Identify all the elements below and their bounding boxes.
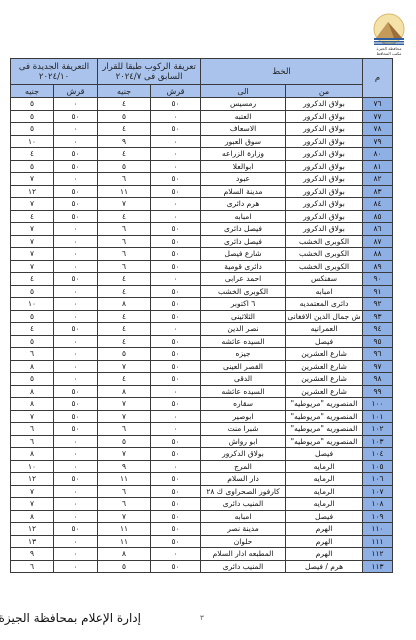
new-piaster-cell: ٠ <box>54 285 98 298</box>
new-piaster-cell: ٠ <box>54 560 98 573</box>
new-piaster-cell: ٠ <box>54 485 98 498</box>
new-pound-cell: ٨ <box>11 398 54 411</box>
row-number: ١١٠ <box>363 523 393 536</box>
old-pound-cell: ٤ <box>98 310 151 323</box>
table-row: ١٠٥الرمايهالمرج٠٩٠١٠ <box>11 460 393 473</box>
old-pound-cell: ٨ <box>98 548 151 561</box>
from-cell: الكوبرى الخشب <box>286 260 363 273</box>
to-cell: فيصل دائرى <box>201 223 286 236</box>
table-row: ١٠٣المنصوريه "مريوطيه"ابو رواش٥٠٥٠٦ <box>11 435 393 448</box>
row-number: ١٠٨ <box>363 498 393 511</box>
new-pound-cell: ١٣ <box>11 535 54 548</box>
new-pound-cell: ٦ <box>11 435 54 448</box>
row-number: ٨٦ <box>363 223 393 236</box>
row-number: ١٠٦ <box>363 473 393 486</box>
old-pound-cell: ٤ <box>98 373 151 386</box>
new-pound-cell: ١٢ <box>11 185 54 198</box>
row-number: ٩٣ <box>363 310 393 323</box>
row-number: ٨٤ <box>363 198 393 211</box>
from-cell: دائرى المعتمديه <box>286 298 363 311</box>
from-cell: المنصوريه "مريوطيه" <box>286 423 363 436</box>
old-piaster-cell: ٥٠ <box>151 360 201 373</box>
to-cell: الكوبرى الخشب <box>201 285 286 298</box>
new-piaster-cell: ٥٠ <box>54 523 98 536</box>
new-piaster-cell: ٥٠ <box>54 210 98 223</box>
old-piaster-cell: ٠ <box>151 273 201 286</box>
old-pound-cell: ١١ <box>98 185 151 198</box>
col-header-new-piaster: قرش <box>54 85 98 98</box>
old-pound-cell: ٥ <box>98 160 151 173</box>
table-row: ٧٦بولاق الدكروررمسيس٥٠٤٠٥ <box>11 98 393 111</box>
new-piaster-cell: ٠ <box>54 135 98 148</box>
new-piaster-cell: ٥٠ <box>54 398 98 411</box>
from-cell: بولاق الدكرور <box>286 185 363 198</box>
from-cell: شارع العشرين <box>286 348 363 361</box>
svg-text:مكتب المحافظ: مكتب المحافظ <box>377 51 402 56</box>
new-pound-cell: ٧ <box>11 173 54 186</box>
fare-table-body: ٧٦بولاق الدكروررمسيس٥٠٤٠٥٧٧بولاق الدكرور… <box>11 98 393 573</box>
old-pound-cell: ٧ <box>98 510 151 523</box>
table-row: ١٠٠المنصوريه "مريوطيه"سقاره٥٠٧٥٠٨ <box>11 398 393 411</box>
new-piaster-cell: ٠ <box>54 98 98 111</box>
new-pound-cell: ٥ <box>11 98 54 111</box>
old-piaster-cell: ٥٠ <box>151 248 201 261</box>
table-row: ٧٨بولاق الدكرورالاسعاف٥٠٤٠٥ <box>11 123 393 136</box>
from-cell: بولاق الدكرور <box>286 98 363 111</box>
from-cell: شارع العشرين <box>286 385 363 398</box>
row-number: ١٠٤ <box>363 448 393 461</box>
new-piaster-cell: ٥٠ <box>54 160 98 173</box>
old-piaster-cell: ٠ <box>151 460 201 473</box>
row-number: ٨٩ <box>363 260 393 273</box>
from-cell: الكوبرى الخشب <box>286 235 363 248</box>
old-pound-cell: ٦ <box>98 235 151 248</box>
new-piaster-cell: ٥٠ <box>54 473 98 486</box>
new-pound-cell: ١٢ <box>11 473 54 486</box>
new-pound-cell: ١٠ <box>11 298 54 311</box>
new-pound-cell: ٧ <box>11 410 54 423</box>
col-header-old-pound: جنيه <box>98 85 151 98</box>
to-cell: المرج <box>201 460 286 473</box>
from-cell: الرمايه <box>286 473 363 486</box>
old-pound-cell: ٧ <box>98 398 151 411</box>
new-piaster-cell: ٠ <box>54 298 98 311</box>
from-cell: هرم / فيصل <box>286 560 363 573</box>
new-piaster-cell: ٠ <box>54 535 98 548</box>
from-cell: سفنكس <box>286 273 363 286</box>
table-row: ١١١الهرمحلوان٥٠١١٠١٣ <box>11 535 393 548</box>
to-cell: امبابه <box>201 210 286 223</box>
row-number: ٨٢ <box>363 173 393 186</box>
row-number: ١١٣ <box>363 560 393 573</box>
row-number: ٧٧ <box>363 110 393 123</box>
to-cell: احمد عرابى <box>201 273 286 286</box>
old-pound-cell: ٥ <box>98 560 151 573</box>
old-piaster-cell: ٥٠ <box>151 235 201 248</box>
row-number: ١٠٥ <box>363 460 393 473</box>
from-cell: المنصوريه "مريوطيه" <box>286 398 363 411</box>
new-piaster-cell: ٠ <box>54 510 98 523</box>
table-row: ٨١بولاق الدكرورابوالعلا٠٥٥٠٥ <box>11 160 393 173</box>
row-number: ١٠٧ <box>363 485 393 498</box>
new-pound-cell: ٦ <box>11 423 54 436</box>
new-piaster-cell: ٠ <box>54 360 98 373</box>
new-pound-cell: ٧ <box>11 248 54 261</box>
from-cell: بولاق الدكرور <box>286 160 363 173</box>
table-row: ١٠٨الرمايهالمنيب دائرى٥٠٦٠٧ <box>11 498 393 511</box>
new-piaster-cell: ٥٠ <box>54 185 98 198</box>
to-cell: هرم دائرى <box>201 198 286 211</box>
new-pound-cell: ٧ <box>11 498 54 511</box>
footer-department: إدارة الإعلام بمحافظة الجيزة <box>0 611 141 625</box>
old-pound-cell: ١١ <box>98 535 151 548</box>
new-pound-cell: ٨ <box>11 448 54 461</box>
from-cell: بولاق الدكرور <box>286 173 363 186</box>
old-pound-cell: ٦ <box>98 485 151 498</box>
from-cell: بولاق الدكرور <box>286 148 363 161</box>
table-row: ٨٥بولاق الدكرورامبابه٠٤٥٠٤ <box>11 210 393 223</box>
old-pound-cell: ٥ <box>98 435 151 448</box>
old-pound-cell: ٩ <box>98 460 151 473</box>
col-header-number: م <box>363 59 393 98</box>
from-cell: فيصل <box>286 335 363 348</box>
to-cell: المنيب دائرى <box>201 498 286 511</box>
old-pound-cell: ٧ <box>98 360 151 373</box>
row-number: ١٠٣ <box>363 435 393 448</box>
table-row: ٩٤العمرانيهنصر الدين٠٤٥٠٤ <box>11 323 393 336</box>
old-piaster-cell: ٠ <box>151 385 201 398</box>
from-cell: المنصوريه "مريوطيه" <box>286 410 363 423</box>
old-piaster-cell: ٠ <box>151 110 201 123</box>
new-pound-cell: ٤ <box>11 273 54 286</box>
old-pound-cell: ٨ <box>98 298 151 311</box>
table-row: ٨٨الكوبرى الخشبشارع فيصل٥٠٦٠٧ <box>11 248 393 261</box>
from-cell: الرمايه <box>286 498 363 511</box>
from-cell: الهرم <box>286 548 363 561</box>
old-pound-cell: ٤ <box>98 210 151 223</box>
new-pound-cell: ١٠ <box>11 135 54 148</box>
from-cell: شارع العشرين <box>286 373 363 386</box>
old-pound-cell: ٦ <box>98 223 151 236</box>
to-cell: شبرا منت <box>201 423 286 436</box>
new-pound-cell: ١٢ <box>11 523 54 536</box>
row-number: ٩٢ <box>363 298 393 311</box>
from-cell: الكوبرى الخشب <box>286 248 363 261</box>
row-number: ١٠٢ <box>363 423 393 436</box>
row-number: ٨٥ <box>363 210 393 223</box>
old-pound-cell: ٤ <box>98 98 151 111</box>
row-number: ٨١ <box>363 160 393 173</box>
new-pound-cell: ٦ <box>11 348 54 361</box>
to-cell: المطبعه ادار السلام <box>201 548 286 561</box>
giza-governorate-logo: محافظة الجيزة مكتب المحافظ <box>366 12 412 56</box>
to-cell: الثلاثينى <box>201 310 286 323</box>
old-piaster-cell: ٥٠ <box>151 335 201 348</box>
new-piaster-cell: ٠ <box>54 223 98 236</box>
new-piaster-cell: ٠ <box>54 435 98 448</box>
old-pound-cell: ١١ <box>98 473 151 486</box>
from-cell: بولاق الدكرور <box>286 210 363 223</box>
to-cell: بولاق الدكرور <box>201 448 286 461</box>
old-pound-cell: ٦ <box>98 423 151 436</box>
old-piaster-cell: ٥٠ <box>151 223 201 236</box>
old-piaster-cell: ٠ <box>151 548 201 561</box>
from-cell: الهرم <box>286 523 363 536</box>
new-pound-cell: ٧ <box>11 485 54 498</box>
old-pound-cell: ٦ <box>98 260 151 273</box>
new-pound-cell: ٩ <box>11 548 54 561</box>
old-pound-cell: ٤ <box>98 273 151 286</box>
table-row: ٩٣ش جمال الدين الافغانىالثلاثينى٥٠٤٠٥ <box>11 310 393 323</box>
row-number: ١٠٠ <box>363 398 393 411</box>
to-cell: كارفور الصحراوى ك ٢٨ <box>201 485 286 498</box>
to-cell: العتبه <box>201 110 286 123</box>
old-piaster-cell: ٥٠ <box>151 285 201 298</box>
row-number: ٩٥ <box>363 335 393 348</box>
row-number: ٨٧ <box>363 235 393 248</box>
new-piaster-cell: ٥٠ <box>54 423 98 436</box>
new-piaster-cell: ٠ <box>54 548 98 561</box>
new-pound-cell: ١٠ <box>11 460 54 473</box>
new-pound-cell: ٥ <box>11 285 54 298</box>
old-piaster-cell: ٥٠ <box>151 510 201 523</box>
old-piaster-cell: ٥٠ <box>151 310 201 323</box>
from-cell: بولاق الدكرور <box>286 223 363 236</box>
row-number: ٨٨ <box>363 248 393 261</box>
to-cell: حلوان <box>201 535 286 548</box>
new-pound-cell: ٧ <box>11 223 54 236</box>
to-cell: سقاره <box>201 398 286 411</box>
old-piaster-cell: ٥٠ <box>151 185 201 198</box>
new-pound-cell: ٥ <box>11 123 54 136</box>
row-number: ٩٩ <box>363 385 393 398</box>
from-cell: الرمايه <box>286 460 363 473</box>
row-number: ١١٢ <box>363 548 393 561</box>
to-cell: دار السلام <box>201 473 286 486</box>
new-piaster-cell: ٥٠ <box>54 323 98 336</box>
row-number: ٩٠ <box>363 273 393 286</box>
from-cell: بولاق الدكرور <box>286 110 363 123</box>
new-piaster-cell: ٠ <box>54 235 98 248</box>
from-cell: شارع العشرين <box>286 360 363 373</box>
table-row: ٧٩بولاق الدكرورسوق العبور٠٩٠١٠ <box>11 135 393 148</box>
table-row: ٨٧الكوبرى الخشبفيصل دائرى٥٠٦٠٧ <box>11 235 393 248</box>
to-cell: السيده عائشه <box>201 335 286 348</box>
old-piaster-cell: ٥٠ <box>151 523 201 536</box>
row-number: ١٠٩ <box>363 510 393 523</box>
old-pound-cell: ٤ <box>98 285 151 298</box>
new-pound-cell: ٤ <box>11 323 54 336</box>
table-row: ١١٠الهرممدينة نصر٥٠١١٥٠١٢ <box>11 523 393 536</box>
row-number: ٩٦ <box>363 348 393 361</box>
new-pound-cell: ٥ <box>11 310 54 323</box>
old-pound-cell: ٤ <box>98 123 151 136</box>
new-piaster-cell: ٥٠ <box>54 410 98 423</box>
new-piaster-cell: ٠ <box>54 260 98 273</box>
new-pound-cell: ٦ <box>11 560 54 573</box>
col-header-line: الخط <box>201 59 363 85</box>
row-number: ٩٧ <box>363 360 393 373</box>
new-piaster-cell: ٥٠ <box>54 273 98 286</box>
new-piaster-cell: ٠ <box>54 348 98 361</box>
row-number: ٨٣ <box>363 185 393 198</box>
table-row: ١٠٧الرمايهكارفور الصحراوى ك ٢٨٥٠٦٠٧ <box>11 485 393 498</box>
col-header-old-piaster: قرش <box>151 85 201 98</box>
to-cell: فيصل دائرى <box>201 235 286 248</box>
table-row: ١٠٩فيصلامبابه٥٠٧٠٨ <box>11 510 393 523</box>
old-pound-cell: ٦ <box>98 173 151 186</box>
to-cell: القصر العينى <box>201 360 286 373</box>
new-piaster-cell: ٠ <box>54 448 98 461</box>
from-cell: امبابه <box>286 285 363 298</box>
row-number: ٧٦ <box>363 98 393 111</box>
new-pound-cell: ٨ <box>11 385 54 398</box>
old-piaster-cell: ٥٠ <box>151 398 201 411</box>
row-number: ١٠١ <box>363 410 393 423</box>
table-row: ٨٤بولاق الدكرورهرم دائرى٠٧٥٠٧ <box>11 198 393 211</box>
new-pound-cell: ٨ <box>11 360 54 373</box>
table-row: ٨٠بولاق الدكروروزارة الزراعه٠٤٥٠٤ <box>11 148 393 161</box>
from-cell: ش جمال الدين الافغانى <box>286 310 363 323</box>
table-row: ٨٦بولاق الدكرورفيصل دائرى٥٠٦٠٧ <box>11 223 393 236</box>
new-pound-cell: ٥ <box>11 335 54 348</box>
old-piaster-cell: ٠ <box>151 323 201 336</box>
old-piaster-cell: ٠ <box>151 135 201 148</box>
to-cell: نصر الدين <box>201 323 286 336</box>
old-piaster-cell: ٠ <box>151 148 201 161</box>
new-piaster-cell: ٥٠ <box>54 198 98 211</box>
old-piaster-cell: ٥٠ <box>151 560 201 573</box>
to-cell: دائرى قومية <box>201 260 286 273</box>
old-piaster-cell: ٥٠ <box>151 498 201 511</box>
old-pound-cell: ٨ <box>98 385 151 398</box>
row-number: ٩١ <box>363 285 393 298</box>
table-row: ١٠٢المنصوريه "مريوطيه"شبرا منت٠٦٥٠٦ <box>11 423 393 436</box>
old-pound-cell: ٤ <box>98 323 151 336</box>
table-row: ٩٧شارع العشرينالقصر العينى٥٠٧٠٨ <box>11 360 393 373</box>
to-cell: امبابه <box>201 510 286 523</box>
new-piaster-cell: ٥٠ <box>54 385 98 398</box>
col-header-new-tariff: التعريفة الجديدة فى ٢٠٢٤/١٠ <box>11 59 98 85</box>
to-cell: السيده عائشه <box>201 385 286 398</box>
new-pound-cell: ٧ <box>11 198 54 211</box>
old-piaster-cell: ٥٠ <box>151 373 201 386</box>
row-number: ٩٨ <box>363 373 393 386</box>
old-piaster-cell: ٥٠ <box>151 123 201 136</box>
new-piaster-cell: ٠ <box>54 460 98 473</box>
new-piaster-cell: ٠ <box>54 123 98 136</box>
to-cell: وزارة الزراعه <box>201 148 286 161</box>
old-pound-cell: ٤ <box>98 148 151 161</box>
new-piaster-cell: ٥٠ <box>54 148 98 161</box>
old-piaster-cell: ٥٠ <box>151 473 201 486</box>
old-piaster-cell: ٥٠ <box>151 260 201 273</box>
from-cell: بولاق الدكرور <box>286 123 363 136</box>
new-piaster-cell: ٠ <box>54 373 98 386</box>
old-pound-cell: ٧ <box>98 410 151 423</box>
row-number: ٩٤ <box>363 323 393 336</box>
table-row: ١١٢الهرمالمطبعه ادار السلام٠٨٠٩ <box>11 548 393 561</box>
from-cell: الهرم <box>286 535 363 548</box>
old-pound-cell: ٦ <box>98 498 151 511</box>
to-cell: الاسعاف <box>201 123 286 136</box>
to-cell: سوق العبور <box>201 135 286 148</box>
new-piaster-cell: ٠ <box>54 173 98 186</box>
old-pound-cell: ٧ <box>98 448 151 461</box>
col-header-from: من <box>286 85 363 98</box>
old-piaster-cell: ٠ <box>151 210 201 223</box>
table-row: ٧٧بولاق الدكرورالعتبه٠٥٥٠٥ <box>11 110 393 123</box>
new-pound-cell: ٤ <box>11 210 54 223</box>
new-pound-cell: ٥ <box>11 110 54 123</box>
from-cell: فيصل <box>286 448 363 461</box>
old-piaster-cell: ٠ <box>151 160 201 173</box>
to-cell: ابوصير <box>201 410 286 423</box>
row-number: ١١١ <box>363 535 393 548</box>
table-row: ٩٦شارع العشرينجيزه٥٠٥٠٦ <box>11 348 393 361</box>
to-cell: المنيب دائرى <box>201 560 286 573</box>
to-cell: جيزه <box>201 348 286 361</box>
table-row: ١٠٦الرمايهدار السلام٥٠١١٥٠١٢ <box>11 473 393 486</box>
new-pound-cell: ٥ <box>11 160 54 173</box>
new-piaster-cell: ٥٠ <box>54 110 98 123</box>
from-cell: بولاق الدكرور <box>286 135 363 148</box>
new-pound-cell: ٥ <box>11 373 54 386</box>
old-pound-cell: ٤ <box>98 335 151 348</box>
table-row: ١١٣هرم / فيصلالمنيب دائرى٥٠٥٠٦ <box>11 560 393 573</box>
to-cell: عبود <box>201 173 286 186</box>
old-pound-cell: ٧ <box>98 198 151 211</box>
to-cell: شارع فيصل <box>201 248 286 261</box>
from-cell: بولاق الدكرور <box>286 198 363 211</box>
to-cell: مدينة السلام <box>201 185 286 198</box>
old-pound-cell: ١١ <box>98 523 151 536</box>
table-row: ٩٩شارع العشرينالسيده عائشه٠٨٥٠٨ <box>11 385 393 398</box>
page-number: ٣ <box>200 614 204 622</box>
from-cell: العمرانيه <box>286 323 363 336</box>
old-piaster-cell: ٥٠ <box>151 298 201 311</box>
to-cell: الدقى <box>201 373 286 386</box>
new-piaster-cell: ٠ <box>54 248 98 261</box>
new-pound-cell: ٧ <box>11 260 54 273</box>
table-row: ٨٣بولاق الدكرورمدينة السلام٥٠١١٥٠١٢ <box>11 185 393 198</box>
old-pound-cell: ٩ <box>98 135 151 148</box>
to-cell: ٦ اكتوبر <box>201 298 286 311</box>
new-pound-cell: ٧ <box>11 235 54 248</box>
table-row: ٩٥فيصلالسيده عائشه٥٠٤٠٥ <box>11 335 393 348</box>
new-piaster-cell: ٠ <box>54 310 98 323</box>
new-pound-cell: ٨ <box>11 510 54 523</box>
old-pound-cell: ٦ <box>98 248 151 261</box>
old-piaster-cell: ٥٠ <box>151 348 201 361</box>
new-piaster-cell: ٠ <box>54 335 98 348</box>
old-piaster-cell: ٥٠ <box>151 173 201 186</box>
from-cell: المنصوريه "مريوطيه" <box>286 435 363 448</box>
pyramid-emblem-icon: محافظة الجيزة مكتب المحافظ <box>366 12 412 56</box>
old-piaster-cell: ٠ <box>151 423 201 436</box>
row-number: ٧٨ <box>363 123 393 136</box>
from-cell: فيصل <box>286 510 363 523</box>
to-cell: ابو رواش <box>201 435 286 448</box>
old-pound-cell: ٥ <box>98 348 151 361</box>
to-cell: مدينة نصر <box>201 523 286 536</box>
table-row: ١٠٤فيصلبولاق الدكرور٥٠٧٠٨ <box>11 448 393 461</box>
table-row: ١٠١المنصوريه "مريوطيه"ابوصير٠٧٥٠٧ <box>11 410 393 423</box>
table-row: ٩١امبابهالكوبرى الخشب٥٠٤٠٥ <box>11 285 393 298</box>
table-row: ٨٩الكوبرى الخشبدائرى قومية٥٠٦٠٧ <box>11 260 393 273</box>
old-piaster-cell: ٥٠ <box>151 448 201 461</box>
row-number: ٧٩ <box>363 135 393 148</box>
